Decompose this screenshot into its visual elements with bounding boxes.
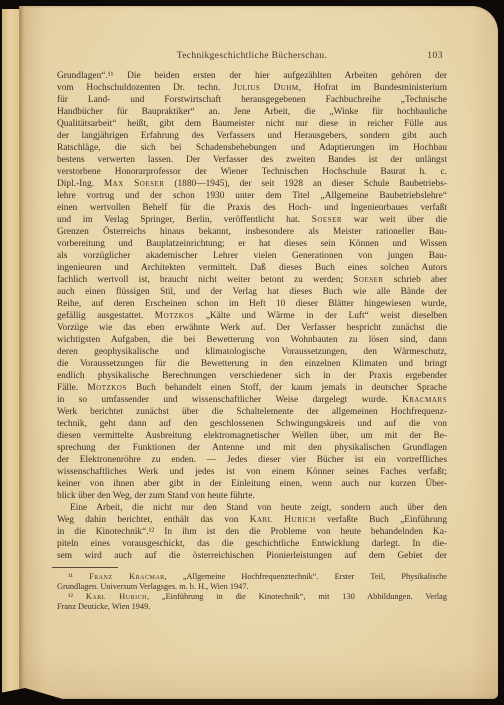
text-line: wissenschaftliches Werk und jedes ist vo… bbox=[57, 466, 447, 478]
running-header: Technikgeschichtliche Bücherschau. 103 bbox=[57, 51, 447, 64]
text-line: auch einen flüssigen Stil, und der Verla… bbox=[57, 286, 447, 298]
text-line: der langjährigen Erfahrung des Verfasser… bbox=[57, 130, 447, 142]
text-line: gefällig ausgestattet. Motzkos „Kälte un… bbox=[57, 310, 447, 322]
text-line: Vorzüge wie das eben erwähnte Werk auf. … bbox=[57, 322, 447, 334]
footnote-rule bbox=[52, 567, 118, 568]
text-line: Handbücher für Baupraktiker“ an. Jene Ar… bbox=[57, 106, 447, 118]
text-line: die Voraussetzungen für die Bewetterung … bbox=[57, 358, 447, 370]
text-line: Ratschläge, die sich bei Schadensbehebun… bbox=[57, 142, 447, 154]
text-line: als vorzüglicher akademischer Lehrer vie… bbox=[57, 250, 447, 262]
text-line: Werk berichtet zunächst über die Schalte… bbox=[57, 406, 447, 418]
text-line: Weg dahin berichtet, enthält das von Kar… bbox=[57, 514, 447, 526]
text-line: sprechung der Funktionen der Antenne und… bbox=[57, 442, 447, 454]
running-header-title: Technikgeschichtliche Bücherschau. bbox=[57, 51, 447, 61]
text-line: Grundlagen“.¹¹ Die beiden ersten der hie… bbox=[57, 70, 447, 82]
body-text: Grundlagen“.¹¹ Die beiden ersten der hie… bbox=[57, 70, 447, 562]
text-line: blick über den Weg, der zum Stand von he… bbox=[57, 490, 447, 502]
text-line: ¹¹ Franz Kracmar, „Allgemeine Hochfreque… bbox=[57, 572, 447, 582]
text-line: Fälle. Motzkos Buch behandelt einen Stof… bbox=[57, 382, 447, 394]
text-line: verstorbene Honorarprofessor der Wiener … bbox=[57, 166, 447, 178]
text-line: sem wird auch auf die österreichischen P… bbox=[57, 550, 447, 562]
text-line: fachlich wertvoll ist, braucht nicht wei… bbox=[57, 274, 447, 286]
text-line: ingenieuren und Architekten vermittelt. … bbox=[57, 262, 447, 274]
text-line: Qualitätsarbeit“ heißt, gibt dem Baumeis… bbox=[57, 118, 447, 130]
text-line: Dipl.-Ing. Max Soeser (1880—1945), der s… bbox=[57, 178, 447, 190]
text-line: bestens verwerten lassen. Der Verfasser … bbox=[57, 154, 447, 166]
text-line: wichtigsten Aufgaben, die bei Bewetterun… bbox=[57, 334, 447, 346]
page-number: 103 bbox=[427, 51, 443, 61]
text-line: piteln eines vorausgeschickt, das die ge… bbox=[57, 538, 447, 550]
text-line: und im Verlag Springer, Berlin, veröffen… bbox=[57, 214, 447, 226]
text-line: lehre vortrug und der schon 1930 unter d… bbox=[57, 190, 447, 202]
text-line: in die Kinotechnik“.¹² In ihm ist den di… bbox=[57, 526, 447, 538]
text-line: für Land- und Forstwirtschaft herausgege… bbox=[57, 94, 447, 106]
text-line: keiner von ihnen aber gibt in der Einlei… bbox=[57, 478, 447, 490]
footnotes: ¹¹ Franz Kracmar, „Allgemeine Hochfreque… bbox=[57, 572, 447, 612]
text-line: Franz Deuticke, Wien 1949. bbox=[57, 602, 447, 612]
text-line: diesen vermittelte Ausbreitung elektroma… bbox=[57, 430, 447, 442]
text-line: endlich physikalische Berechnungen versc… bbox=[57, 370, 447, 382]
text-line: technik, geht dann auf den geschlossenen… bbox=[57, 418, 447, 430]
text-line: der Elektronenröhre zu enden. — Jedes di… bbox=[57, 454, 447, 466]
scanned-book-page: Technikgeschichtliche Bücherschau. 103 G… bbox=[0, 0, 504, 705]
text-line: vom Hochschuldozenten Dr. techn. Julius … bbox=[57, 82, 447, 94]
text-line: vorbereitung und Bauplatzeinrichtung; er… bbox=[57, 238, 447, 250]
text-line: Eine Arbeit, die nicht nur den Stand von… bbox=[57, 502, 447, 514]
text-line: Grundlagen. Universum Verlagsges. m. b. … bbox=[57, 582, 447, 592]
text-line: deren geophysikalische und klimatologisc… bbox=[57, 346, 447, 358]
text-line: Grenzen Österreichs hinaus bekannt, insb… bbox=[57, 226, 447, 238]
text-line: einen wertvollen Behelf für die Praxis d… bbox=[57, 202, 447, 214]
text-line: ¹² Karl Hurich, „Einführung in die Kinot… bbox=[57, 592, 447, 602]
text-line: Reihe, auf deren Erscheinen schon im Hef… bbox=[57, 298, 447, 310]
page-content: Technikgeschichtliche Bücherschau. 103 G… bbox=[0, 0, 504, 705]
text-line: in so umfassender und wissenschaftlicher… bbox=[57, 394, 447, 406]
